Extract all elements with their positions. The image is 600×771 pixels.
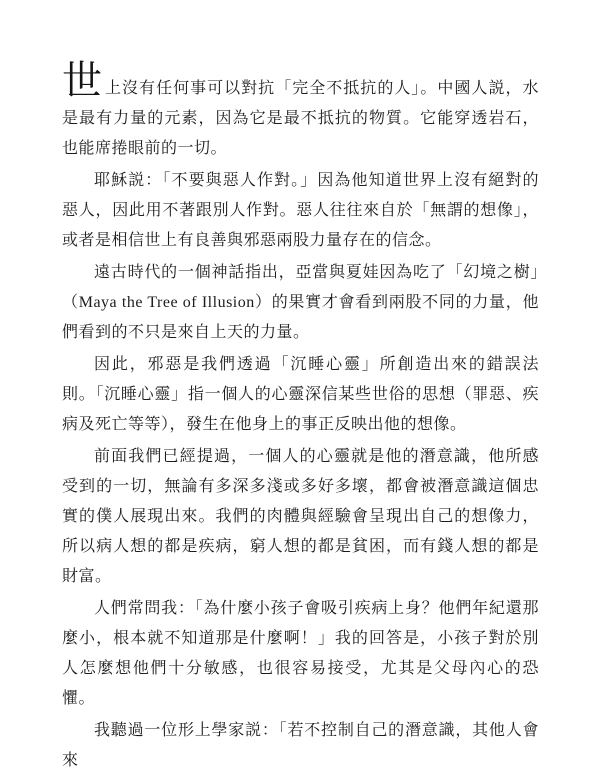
- page-body-text: 世上沒有任何事可以對抗「完全不抵抗的人」。中國人説，水是最有力量的元素，因為它是…: [62, 74, 539, 771]
- paragraph-2: 耶穌説：「不要與惡人作對。」因為他知道世界上沒有絕對的惡人，因此用不著跟別人作對…: [62, 166, 539, 256]
- paragraph-6: 人們常問我：「為什麼小孩子會吸引疾病上身？他們年紀還那麼小，根本就不知道那是什麼…: [62, 594, 539, 714]
- book-page: 世上沒有任何事可以對抗「完全不抵抗的人」。中國人説，水是最有力量的元素，因為它是…: [0, 0, 600, 771]
- paragraph-3: 遠古時代的一個神話指出，亞當與夏娃因為吃了「幻境之樹」（Maya the Tre…: [62, 258, 539, 348]
- paragraph-1: 世上沒有任何事可以對抗「完全不抵抗的人」。中國人説，水是最有力量的元素，因為它是…: [62, 74, 539, 164]
- paragraph-1-text: 上沒有任何事可以對抗「完全不抵抗的人」。中國人説，水是最有力量的元素，因為它是最…: [62, 80, 539, 157]
- paragraph-5: 前面我們已經提過，一個人的心靈就是他的潛意識，他所感受到的一切，無論有多深多淺或…: [62, 442, 539, 592]
- paragraph-7: 我聽過一位形上學家説：「若不控制自己的潛意識，其他人會來: [62, 716, 539, 771]
- paragraph-4: 因此，邪惡是我們透過「沉睡心靈」所創造出來的錯誤法則。「沉睡心靈」指一個人的心靈…: [62, 350, 539, 440]
